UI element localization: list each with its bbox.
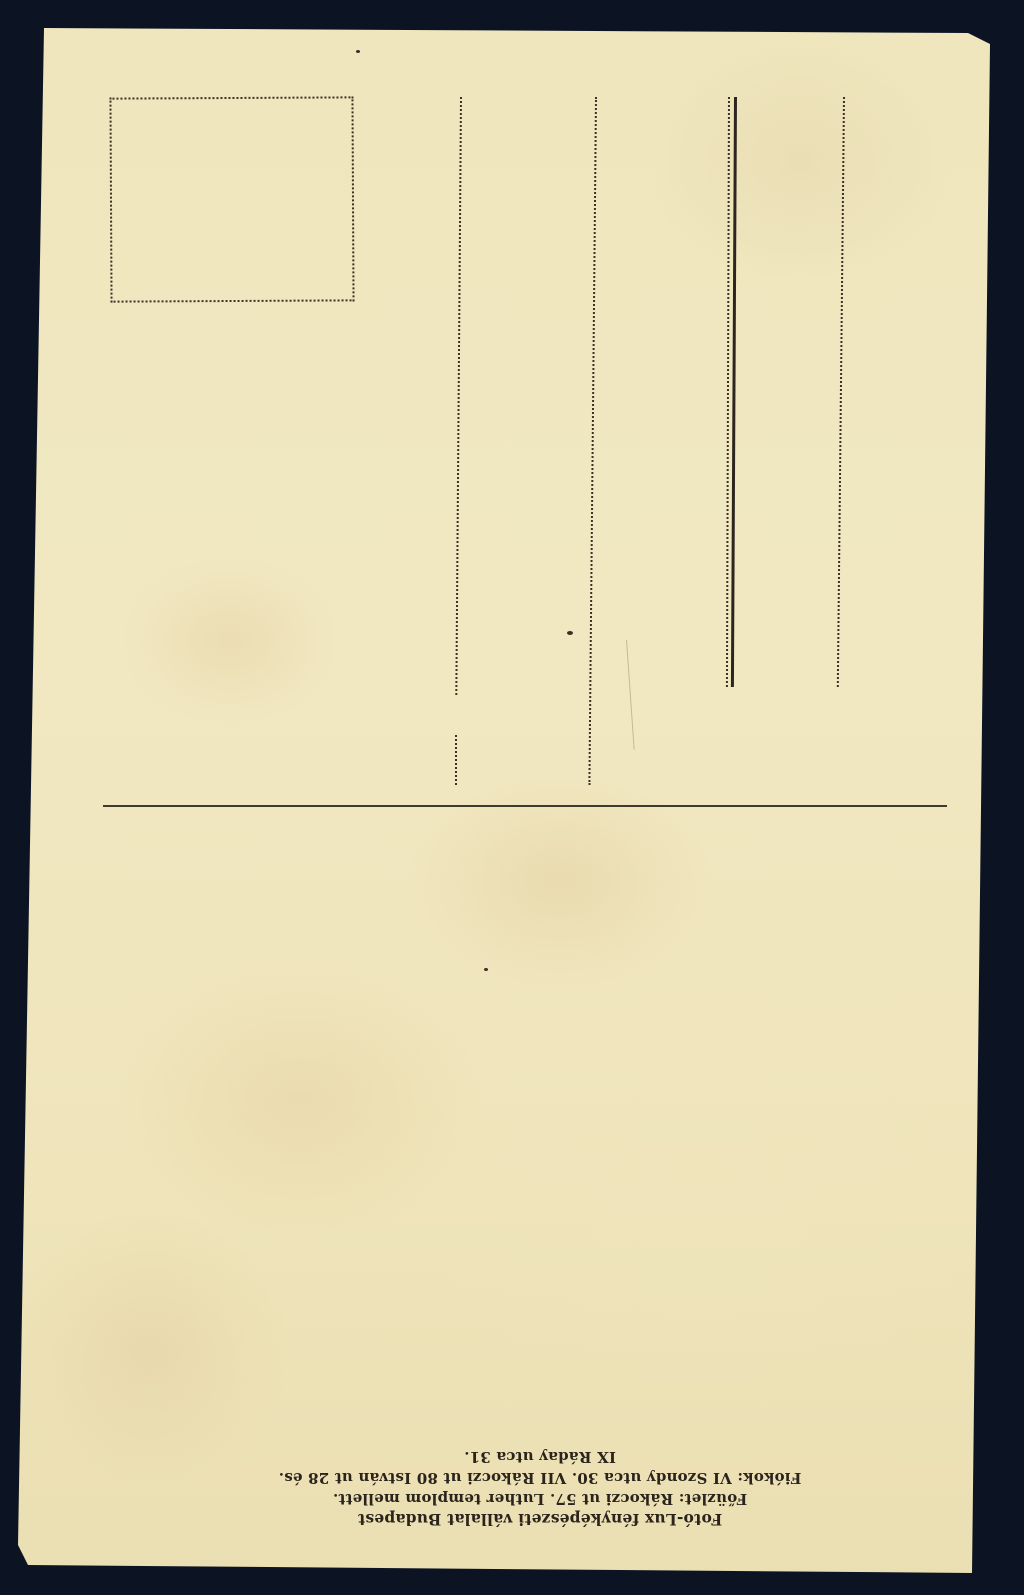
- postcard-scan: Fotó-Lux fényképészeti vállalat Budapest…: [0, 0, 1024, 1595]
- ink-speck: [567, 631, 573, 635]
- horizontal-divider: [103, 805, 947, 807]
- imprint-line-branch-ix: IX Ráday utca 31.: [130, 1446, 950, 1467]
- ink-speck: [484, 968, 488, 971]
- ink-speck: [356, 50, 360, 53]
- imprint-line-main-shop: Főüzlet: Rákoczi ut 57. Luther templom m…: [130, 1488, 950, 1509]
- imprint-line-branches: Fiókok: VI Szondy utca 30. VII Rákoczi u…: [130, 1467, 950, 1488]
- publisher-imprint: Fotó-Lux fényképészeti vállalat Budapest…: [130, 1412, 950, 1530]
- stamp-placement-box: [109, 96, 354, 302]
- divider-line-lower: [455, 735, 457, 785]
- imprint-line-company: Fotó-Lux fényképészeti vállalat Budapest: [130, 1509, 950, 1530]
